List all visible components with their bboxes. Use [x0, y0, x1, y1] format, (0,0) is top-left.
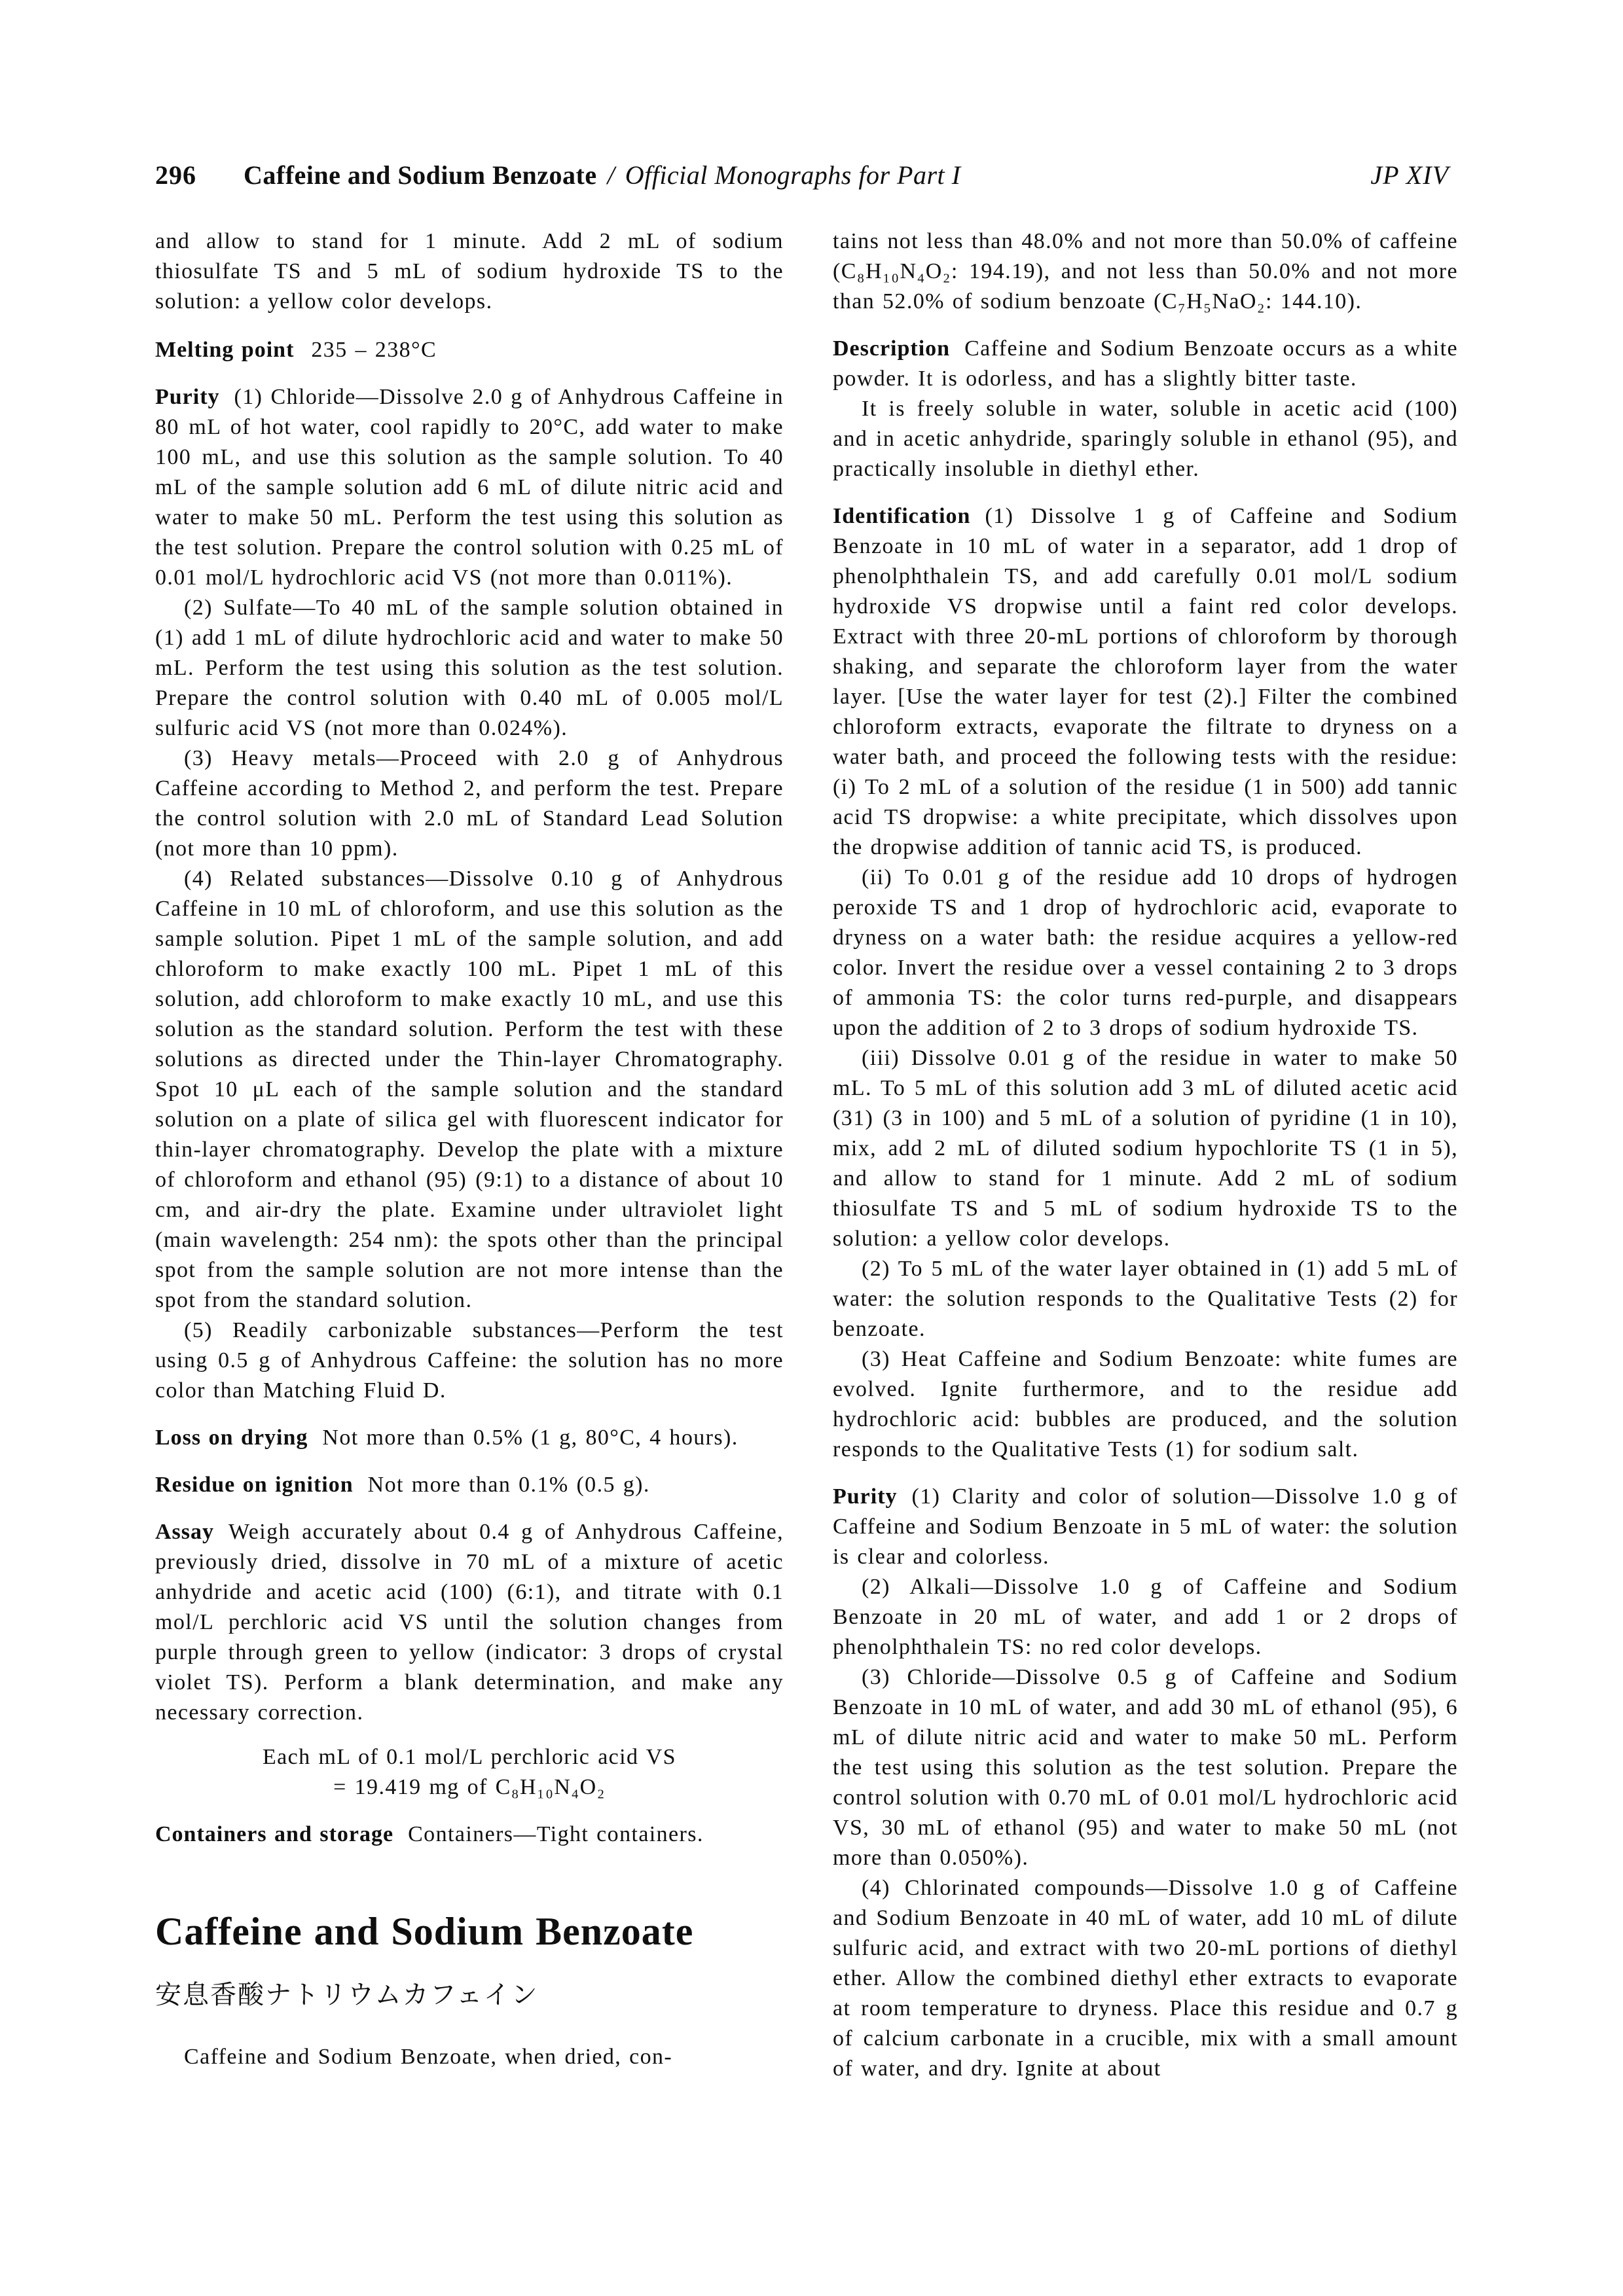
running-head-section-title: Official Monographs for Part I	[625, 160, 961, 191]
purity-item-3-right: (3) Chloride—Dissolve 0.5 g of Caffeine …	[833, 1662, 1458, 1873]
description-label: Description	[833, 336, 950, 361]
right-column: tains not less than 48.0% and not more t…	[833, 226, 1458, 2084]
purity-item-4: (4) Related substances—Dissolve 0.10 g o…	[155, 864, 784, 1316]
residue-on-ignition-label: Residue on ignition	[155, 1473, 354, 1497]
purity-section-paragraph-right: Purity(1) Clarity and color of solution—…	[833, 1482, 1458, 1572]
assay-label: Assay	[155, 1520, 214, 1544]
purity-item-5: (5) Readily carbonizable substances—Perf…	[155, 1316, 784, 1406]
assay-equation-line1: Each mL of 0.1 mol/L perchloric acid VS	[155, 1742, 784, 1772]
description-paragraph-2: It is freely soluble in water, soluble i…	[833, 394, 1458, 484]
identification-section-paragraph: Identification(1) Dissolve 1 g of Caffei…	[833, 501, 1458, 863]
loss-on-drying-label: Loss on drying	[155, 1426, 308, 1450]
description-section-paragraph: DescriptionCaffeine and Sodium Benzoate …	[833, 334, 1458, 394]
next-monograph-title: Caffeine and Sodium Benzoate	[155, 1910, 784, 1953]
identification-item-3: (3) Heat Caffeine and Sodium Benzoate: w…	[833, 1344, 1458, 1465]
running-head-monograph-title: Caffeine and Sodium Benzoate	[244, 160, 597, 191]
next-monograph-intro-paragraph: Caffeine and Sodium Benzoate, when dried…	[155, 2042, 784, 2072]
assay-equation: Each mL of 0.1 mol/L perchloric acid VS …	[155, 1742, 784, 1803]
purity-label-right: Purity	[833, 1484, 898, 1509]
purity-item-3: (3) Heavy metals—Proceed with 2.0 g of A…	[155, 744, 784, 864]
loss-on-drying-row: Loss on dryingNot more than 0.5% (1 g, 8…	[155, 1423, 784, 1453]
assay-equation-line2: = 19.419 mg of C₈H₁₀N₄O₂	[155, 1772, 784, 1803]
melting-point-value: 235 – 238°C	[311, 338, 437, 362]
purity-section-paragraph: Purity(1) Chloride—Dissolve 2.0 g of Anh…	[155, 382, 784, 593]
purity-item-2: (2) Sulfate—To 40 mL of the sample solut…	[155, 593, 784, 744]
residue-on-ignition-row: Residue on ignitionNot more than 0.1% (0…	[155, 1470, 784, 1500]
left-column: and allow to stand for 1 minute. Add 2 m…	[155, 226, 784, 2072]
page-number: 296	[155, 160, 196, 191]
purity-item-2-right: (2) Alkali—Dissolve 1.0 g of Caffeine an…	[833, 1572, 1458, 1662]
assay-paragraph: AssayWeigh accurately about 0.4 g of Anh…	[155, 1517, 784, 1728]
intro-continuation-paragraph: and allow to stand for 1 minute. Add 2 m…	[155, 226, 784, 317]
edition-label: JP XIV	[1370, 160, 1449, 191]
identification-item-iii: (iii) Dissolve 0.01 g of the residue in …	[833, 1043, 1458, 1254]
purity-item-4-right: (4) Chlorinated compounds—Dissolve 1.0 g…	[833, 1873, 1458, 2084]
running-head: 296 Caffeine and Sodium Benzoate / Offic…	[155, 160, 1449, 191]
next-monograph-japanese-title: 安息香酸ナトリウムカフェイン	[155, 1979, 784, 2011]
identification-item-ii: (ii) To 0.01 g of the residue add 10 dro…	[833, 863, 1458, 1043]
intro-continuation-paragraph-right: tains not less than 48.0% and not more t…	[833, 226, 1458, 317]
purity-label: Purity	[155, 385, 220, 409]
identification-label: Identification	[833, 504, 970, 528]
containers-and-storage-label: Containers and storage	[155, 1822, 393, 1846]
melting-point-row: Melting point235 – 238°C	[155, 335, 784, 365]
identification-item-2: (2) To 5 mL of the water layer obtained …	[833, 1254, 1458, 1344]
melting-point-label: Melting point	[155, 338, 294, 362]
running-head-separator: /	[608, 160, 615, 191]
scanned-monograph-page: 296 Caffeine and Sodium Benzoate / Offic…	[0, 0, 1623, 2296]
containers-and-storage-row: Containers and storageContainers—Tight c…	[155, 1820, 784, 1850]
